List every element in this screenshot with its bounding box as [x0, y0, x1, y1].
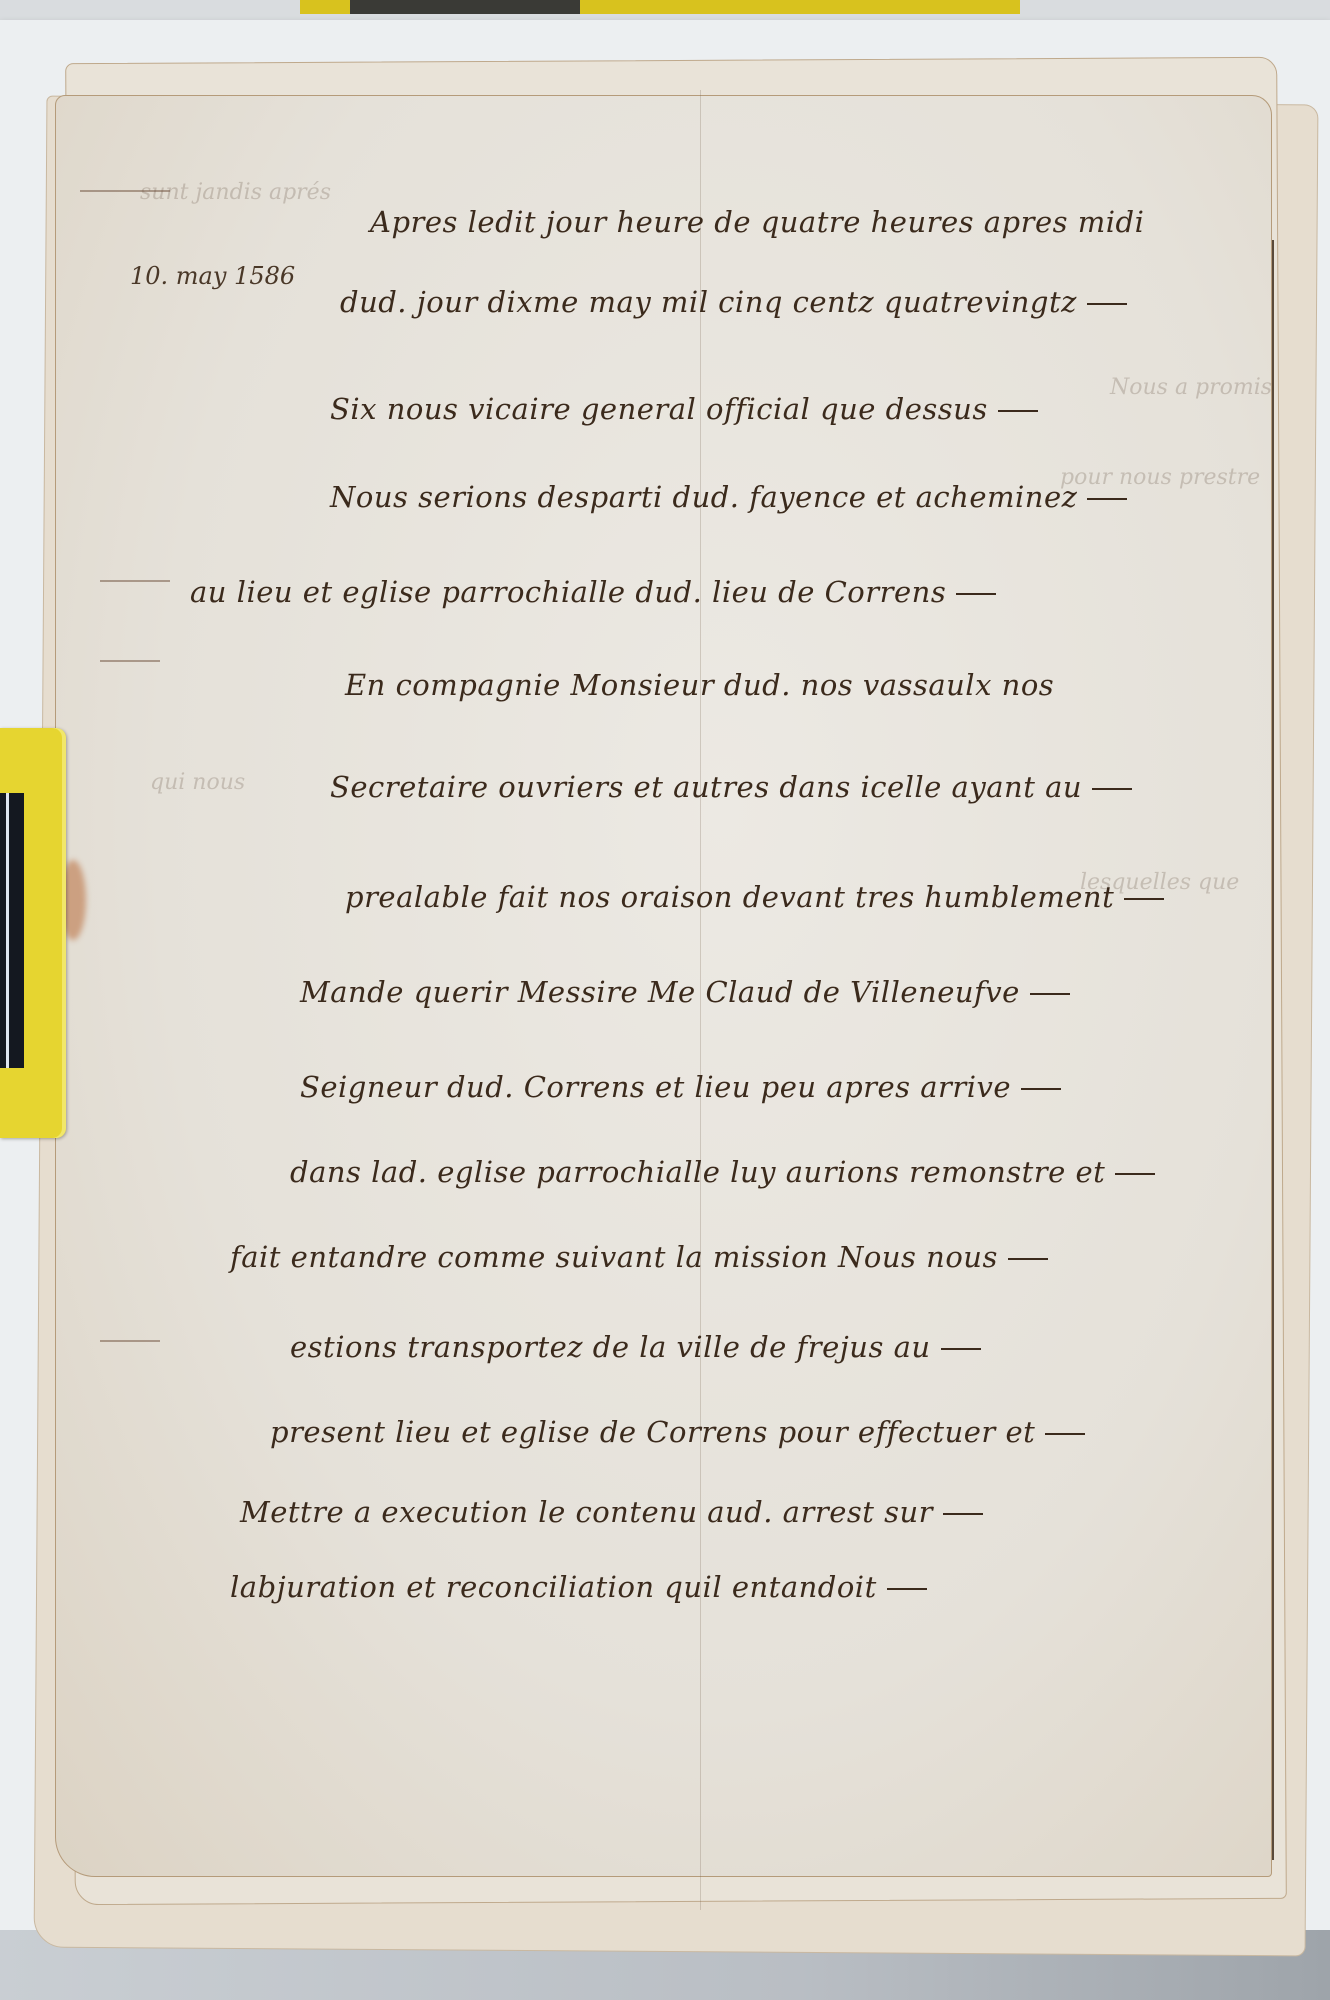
margin-dash	[100, 1340, 160, 1342]
margin-dash	[100, 660, 160, 662]
manuscript-line: Seigneur dud. Correns et lieu peu apres …	[300, 1070, 1061, 1104]
manuscript-line: dans lad. eglise parrochialle luy aurion…	[290, 1155, 1155, 1189]
top-clip-edge	[300, 0, 1020, 14]
manuscript-line: labjuration et reconciliation quil entan…	[230, 1570, 927, 1604]
manuscript-line: Apres ledit jour heure de quatre heures …	[370, 205, 1144, 239]
margin-dash	[80, 190, 170, 192]
manuscript-line: dud. jour dixme may mil cinq centz quatr…	[340, 285, 1127, 319]
manuscript-line: Six nous vicaire general official que de…	[330, 392, 1038, 426]
manuscript-line: au lieu et eglise parrochialle dud. lieu…	[190, 575, 996, 609]
manuscript-line: Nous serions desparti dud. fayence et ac…	[330, 480, 1127, 514]
yellow-clamp-tab	[0, 728, 66, 1138]
manuscript-line: fait entandre comme suivant la mission N…	[230, 1240, 1048, 1274]
scale-bar	[0, 793, 24, 1068]
bleed-through-text: qui nous	[150, 770, 245, 795]
bleed-through-text: sunt jandis aprés	[140, 180, 331, 205]
manuscript-line: prealable fait nos oraison devant tres h…	[345, 880, 1164, 914]
bleed-through-text: Nous a promis	[1110, 375, 1272, 400]
manuscript-line: Mande querir Messire Me Claud de Villene…	[300, 975, 1070, 1009]
manuscript-line: estions transportez de la ville de freju…	[290, 1330, 981, 1364]
margin-date-note: 10. may 1586	[130, 262, 295, 290]
manuscript-line: Secretaire ouvriers et autres dans icell…	[330, 770, 1132, 804]
right-margin-ruling	[1272, 240, 1274, 1860]
margin-dash	[100, 580, 170, 582]
manuscript-line: Mettre a execution le contenu aud. arres…	[240, 1495, 983, 1529]
manuscript-line: En compagnie Monsieur dud. nos vassaulx …	[345, 668, 1054, 702]
manuscript-line: present lieu et eglise de Correns pour e…	[270, 1415, 1085, 1449]
